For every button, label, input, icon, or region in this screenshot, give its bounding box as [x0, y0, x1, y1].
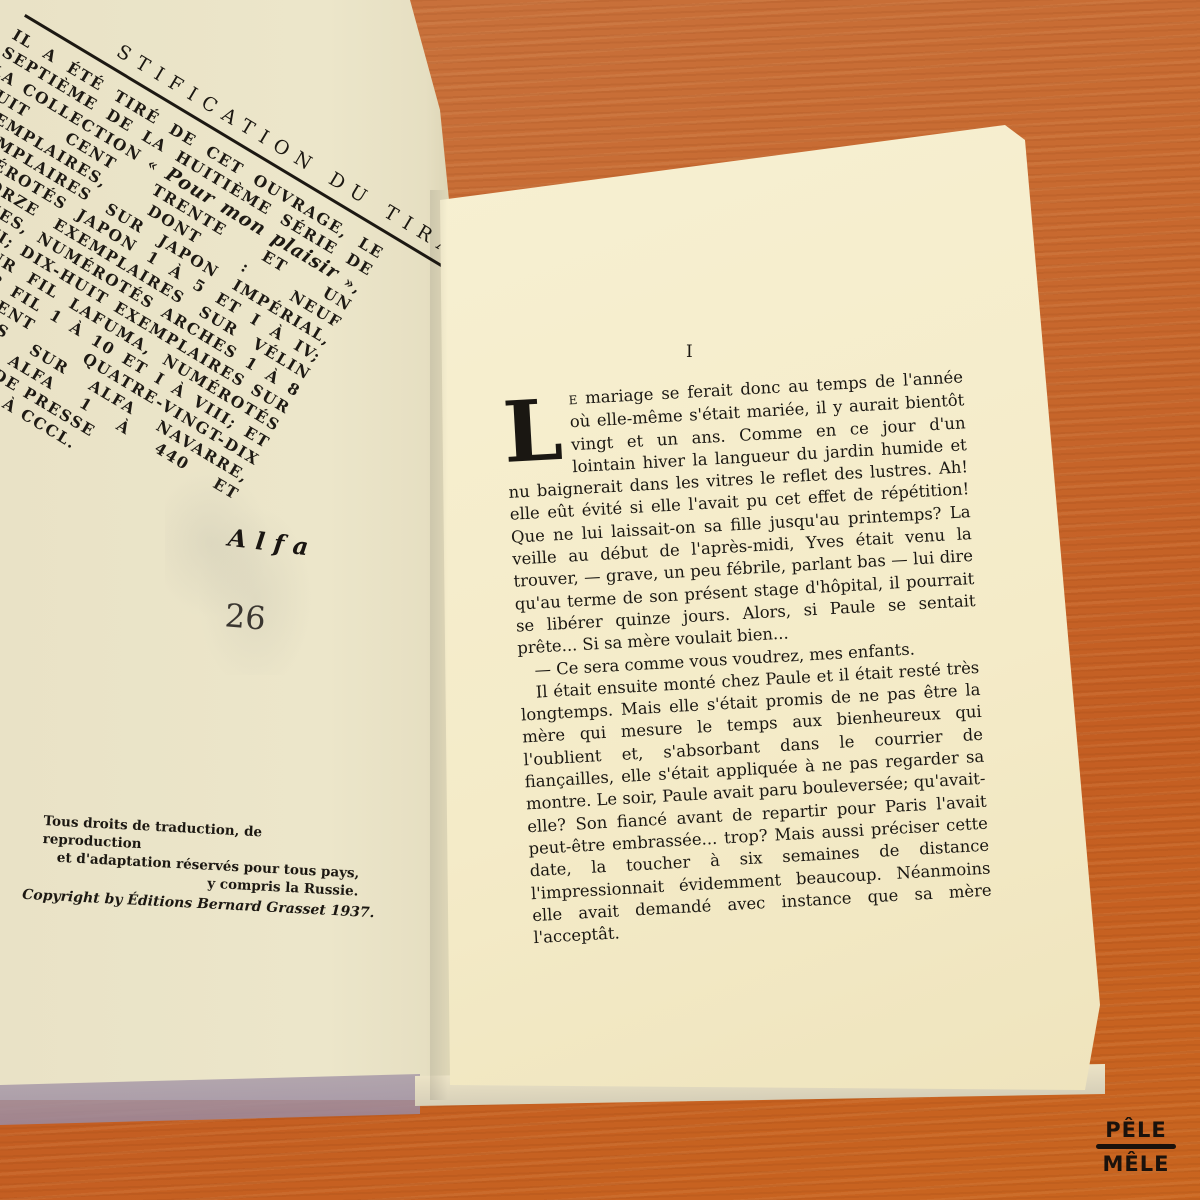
copy-number: 26 [223, 596, 267, 637]
pele-mele-logo: PÊLE MÊLE [1096, 1119, 1176, 1175]
paragraph-1: E mariage se ferait donc au temps de l'a… [503, 366, 977, 660]
chapter-text: L E mariage se ferait donc au temps de l… [503, 366, 993, 949]
logo-line-1: PÊLE [1096, 1119, 1176, 1141]
chapter-number: I [686, 342, 693, 362]
drop-cap: L [501, 395, 564, 468]
rights-notice: Tous droits de traduction, de reproducti… [28, 811, 361, 900]
paragraph-3: Il était ensuite monté chez Paule et il … [519, 657, 993, 950]
book-gutter [430, 190, 448, 1100]
left-page: STIFICATION DU TIRAGE Il a été tiré de c… [0, 0, 462, 1100]
logo-line-2: MÊLE [1096, 1153, 1176, 1175]
paragraph-1-text: mariage se ferait donc au temps de l'ann… [508, 367, 976, 658]
faded-emblem-watermark [165, 455, 315, 675]
logo-bar [1096, 1144, 1176, 1149]
